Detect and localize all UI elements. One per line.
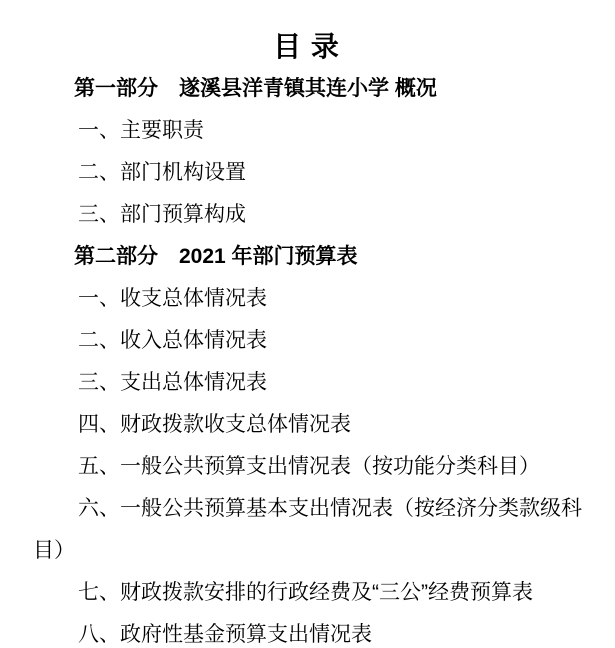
toc-entry: 七、财政拨款安排的行政经费及“三公”经费预算表 (33, 572, 580, 614)
toc-entry: 四、财政拨款收支总体情况表 (33, 404, 580, 446)
toc-entry: 三、部门预算构成 (33, 194, 580, 236)
toc-entry: 二、部门机构设置 (33, 152, 580, 194)
toc-entry: 二、收入总体情况表 (33, 320, 580, 362)
toc-entry: 一、收支总体情况表 (33, 278, 580, 320)
toc-part-heading: 第一部分 遂溪县洋青镇其连小学 概况 (33, 68, 580, 110)
toc-part-heading: 第二部分 2021 年部门预算表 (33, 236, 580, 278)
toc-entry: 六、一般公共预算基本支出情况表（按经济分类款级科目） (33, 488, 580, 572)
toc-entry: 一、主要职责 (33, 110, 580, 152)
toc-entry: 五、一般公共预算支出情况表（按功能分类科目） (33, 446, 580, 488)
toc-entry: 八、政府性基金预算支出情况表 (33, 614, 580, 648)
table-of-contents: 第一部分 遂溪县洋青镇其连小学 概况一、主要职责二、部门机构设置三、部门预算构成… (33, 68, 580, 648)
document-page: 目 录 第一部分 遂溪县洋青镇其连小学 概况一、主要职责二、部门机构设置三、部门… (0, 0, 615, 648)
toc-entry: 三、支出总体情况表 (33, 362, 580, 404)
page-title: 目 录 (33, 26, 580, 68)
